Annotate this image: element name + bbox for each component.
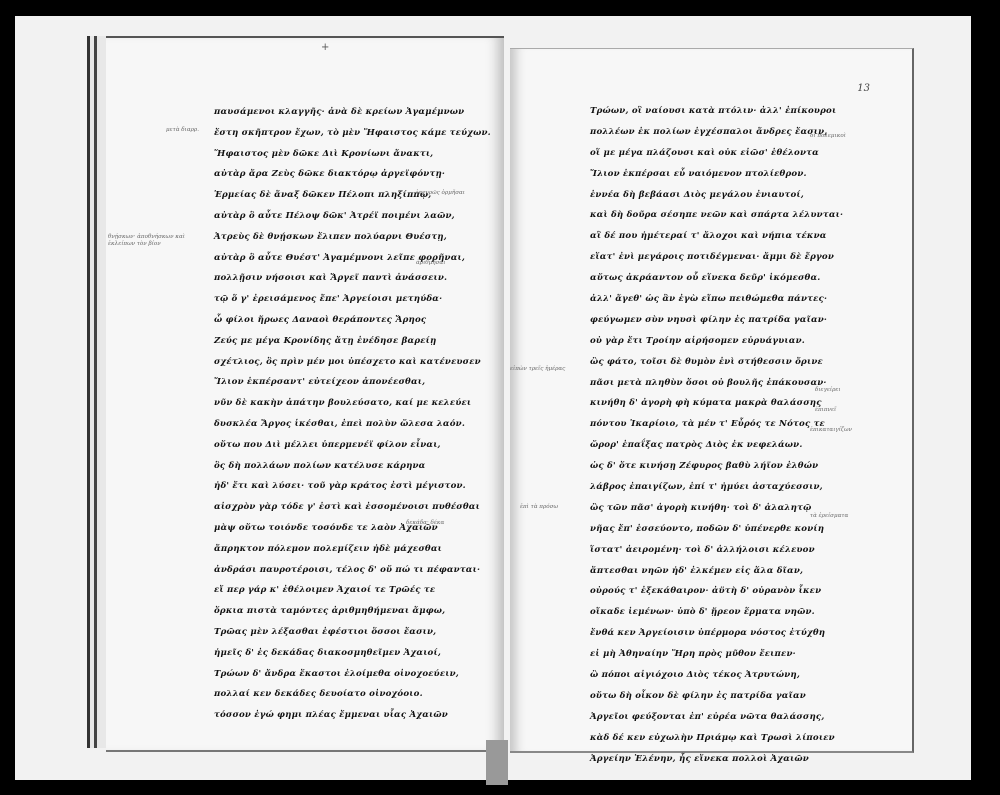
text-line: Ἀτρεὺς δὲ θνῄσκων ἔλιπεν πολύαρνι Θυέστῃ… <box>214 227 491 248</box>
text-line: Τρῶας μὲν λέξασθαι ἐφέστιοι ὅσσοι ἔασιν, <box>214 622 491 643</box>
text-line: ἵστατ' ἀειρομένη· τοὶ δ' ἀλλήλοισι κέλευ… <box>590 540 843 561</box>
top-mark: + <box>321 42 329 53</box>
text-line: μὰψ οὕτω τοιόνδε τοσόνδε τε λαὸν Ἀχαιῶν <box>214 518 491 539</box>
text-line: πολλέων ἐκ πολίων ἐγχέσπαλοι ἄνδρες ἔασι… <box>590 122 843 143</box>
text-line: Τρώων, οἳ ναίουσι κατὰ πτόλιν· ἀλλ' ἐπίκ… <box>590 101 843 122</box>
text-line: Ζεύς με μέγα Κρονίδης ἄτῃ ἐνέδησε βαρείῃ <box>214 331 491 352</box>
text-line: κὰδ δέ κεν εὐχωλὴν Πριάμῳ καὶ Τρωσὶ λίπο… <box>590 728 843 749</box>
left-page: + παυσάμενοι κλαγγῆς· ἀνὰ δὲ κρείων Ἀγαμ… <box>106 36 504 752</box>
text-line: αὔτως ἀκράαντον οὗ εἵνεκα δεῦρ' ἱκόμεσθα… <box>590 268 843 289</box>
text-line: αἰσχρὸν γὰρ τόδε γ' ἐστὶ καὶ ἐσσομένοισι… <box>214 497 491 518</box>
margin-note: δεκάδα· δέκα <box>406 520 444 527</box>
text-line: Ἀργεῖοι φεύξονται ἐπ' εὐρέα νῶτα θαλάσση… <box>590 707 843 728</box>
margin-note: ἰσχυρῶς ὁρμῆσαι <box>416 190 465 197</box>
text-line: Τρώων δ' ἄνδρα ἕκαστοι ἑλοίμεθα οἰνοχοεύ… <box>214 664 491 685</box>
text-line: τόσσον ἐγώ φημι πλέας ἔμμεναι υἷας Ἀχαιῶ… <box>214 705 491 726</box>
text-line: ἡμεῖς δ' ἐς δεκάδας διακοσμηθεῖμεν Ἀχαιο… <box>214 643 491 664</box>
text-line: κινήθη δ' ἀγορὴ φὴ κύματα μακρὰ θαλάσσης <box>590 393 843 414</box>
text-line: παυσάμενοι κλαγγῆς· ἀνὰ δὲ κρείων Ἀγαμέμ… <box>214 102 491 123</box>
text-line: οὕτω δὴ οἶκον δὲ φίλην ἐς πατρίδα γαῖαν <box>590 686 843 707</box>
text-line: φεύγωμεν σὺν νηυσὶ φίλην ἐς πατρίδα γαῖα… <box>590 310 843 331</box>
text-line: ὢ πόποι αἰγιόχοιο Διὸς τέκος Ἀτρυτώνη, <box>590 665 843 686</box>
text-line: εἵατ' ἐνὶ μεγάροις ποτιδέγμεναι· ἄμμι δὲ… <box>590 247 843 268</box>
text-line: πᾶσι μετὰ πληθὺν ὅσοι οὐ βουλῆς ἐπάκουσα… <box>590 373 843 394</box>
text-line: αὐτὰρ ὃ αὖτε Πέλοψ δῶκ' Ἀτρέϊ ποιμένι λα… <box>214 206 491 227</box>
text-line: εἰ μὴ Ἀθηναίην Ἥρη πρὸς μῦθον ἔειπεν· <box>590 644 843 665</box>
margin-note: ἐπικαταιγίζων <box>810 427 852 434</box>
text-line: σχέτλιος, ὃς πρὶν μέν μοι ὑπέσχετο καὶ κ… <box>214 352 491 373</box>
text-line: οὕτω που Διὶ μέλλει ὑπερμενέϊ φίλον εἶνα… <box>214 435 491 456</box>
text-line: ὅρκια πιστὰ ταμόντες ἀριθμηθήμεναι ἄμφω, <box>214 601 491 622</box>
text-line: νῆας ἔπ' ἐσσεύοντο, ποδῶν δ' ὑπένερθε κο… <box>590 519 843 540</box>
text-line: πολλαί κεν δεκάδες δευοίατο οἰνοχόοιο. <box>214 684 491 705</box>
margin-note: ἀριθμῆσαι <box>416 260 445 267</box>
text-line: αὐτὰρ ὃ αὖτε Θυέστ' Ἀγαμέμνονι λεῖπε φορ… <box>214 248 491 269</box>
text-line: ἅπτεσθαι νηῶν ἠδ' ἑλκέμεν εἰς ἅλα δῖαν, <box>590 561 843 582</box>
text-line: αἳ δέ που ἡμέτεραί τ' ἄλοχοι καὶ νήπια τ… <box>590 226 843 247</box>
right-page: 13 Τρώων, οἳ ναίουσι κατὰ πτόλιν· ἀλλ' ἐ… <box>510 48 914 753</box>
margin-note: μετὰ διαρρ. <box>166 127 199 134</box>
margin-note: τὰ ἐρείσματα <box>810 513 848 520</box>
text-line: ἀνδράσι παυροτέροισι, τέλος δ' οὔ πώ τι … <box>214 560 491 581</box>
text-line: οὐ γὰρ ἔτι Τροίην αἱρήσομεν εὐρυάγυιαν. <box>590 331 843 352</box>
text-line: ἐννέα δὴ βεβάασι Διὸς μεγάλου ἐνιαυτοί, <box>590 185 843 206</box>
text-line: πόντου Ἰκαρίοιο, τὰ μέν τ' Εὖρός τε Νότο… <box>590 414 843 435</box>
gutter-shadow <box>486 740 508 785</box>
text-line: Ἴλιον ἐκπέρσαντ' εὐτείχεον ἀπονέεσθαι, <box>214 372 491 393</box>
text-line: αὐτὰρ ἄρα Ζεὺς δῶκε διακτόρῳ ἀργεϊφόντῃ· <box>214 164 491 185</box>
text-line: ὣς τῶν πᾶσ' ἀγορὴ κινήθη· τοὶ δ' ἀλαλητῷ <box>590 498 843 519</box>
text-line: Ἀργείην Ἑλένην, ἧς εἵνεκα πολλοὶ Ἀχαιῶν <box>590 749 843 770</box>
text-line: δυσκλέα Ἄργος ἱκέσθαι, ἐπεὶ πολὺν ὤλεσα … <box>214 414 491 435</box>
text-line: ἔστη σκῆπτρον ἔχων, τὸ μὲν Ἥφαιστος κάμε… <box>214 123 491 144</box>
text-line: νῦν δὲ κακὴν ἀπάτην βουλεύσατο, καί με κ… <box>214 393 491 414</box>
text-line: ὡς δ' ὅτε κινήσῃ Ζέφυρος βαθὺ λήϊον ἐλθώ… <box>590 456 843 477</box>
text-line: οἴκαδε ἱεμένων· ὑπὸ δ' ᾕρεον ἕρματα νηῶν… <box>590 602 843 623</box>
text-line: εἴ περ γάρ κ' ἐθέλοιμεν Ἀχαιοί τε Τρῶές … <box>214 580 491 601</box>
text-line: τῷ ὅ γ' ἐρεισάμενος ἔπε' Ἀργείοισι μετηύ… <box>214 289 491 310</box>
text-line: Ἴλιον ἐκπέρσαι εὖ ναιόμενον πτολίεθρον. <box>590 164 843 185</box>
margin-note: διεγείρει <box>815 387 841 394</box>
margin-note: θνῄσκων· ἀποθνήσκων καὶ ἐκλείπων τὸν βίο… <box>108 234 198 248</box>
text-line: οἵ με μέγα πλάζουσι καὶ οὐκ εἰῶσ' ἐθέλον… <box>590 143 843 164</box>
text-line: ὣς φάτο, τοῖσι δὲ θυμὸν ἐνὶ στήθεσσιν ὄρ… <box>590 352 843 373</box>
text-line: ὤρορ' ἐπαΐξας πατρὸς Διὸς ἐκ νεφελάων. <box>590 435 843 456</box>
margin-note: εἰπὼν τρεῖς ἡμέρας <box>510 366 565 373</box>
text-line: πολλῇσιν νήσοισι καὶ Ἄργεϊ παντὶ ἀνάσσει… <box>214 268 491 289</box>
right-page-text: Τρώων, οἳ ναίουσι κατὰ πτόλιν· ἀλλ' ἐπίκ… <box>590 101 843 770</box>
text-line: ἀλλ' ἄγεθ' ὡς ἂν ἐγὼ εἴπω πειθώμεθα πάντ… <box>590 289 843 310</box>
folio-number: 13 <box>857 83 870 94</box>
text-line: Ἥφαιστος μὲν δῶκε Διὶ Κρονίωνι ἄνακτι, <box>214 144 491 165</box>
text-line: ἠδ' ἔτι καὶ λύσει· τοῦ γὰρ κράτος ἐστὶ μ… <box>214 476 491 497</box>
text-line: ὃς δὴ πολλάων πολίων κατέλυσε κάρηνα <box>214 456 491 477</box>
margin-note: ἐπιπνεῖ <box>815 407 836 414</box>
text-line: λάβρος ἐπαιγίζων, ἐπί τ' ἠμύει ἀσταχύεσσ… <box>590 477 843 498</box>
text-line: ἄπρηκτον πόλεμον πολεμίζειν ἠδὲ μάχεσθαι <box>214 539 491 560</box>
text-line: καὶ δὴ δοῦρα σέσηπε νεῶν καὶ σπάρτα λέλυ… <box>590 205 843 226</box>
text-line: ἔνθά κεν Ἀργείοισιν ὑπέρμορα νόστος ἐτύχ… <box>590 623 843 644</box>
text-line: ὦ φίλοι ἥρωες Δαναοὶ θεράποντες Ἄρηος <box>214 310 491 331</box>
margin-note: οἱ πολεμικοὶ <box>810 133 846 140</box>
text-line: οὐρούς τ' ἐξεκάθαιρον· ἀϋτὴ δ' οὐρανὸν ἷ… <box>590 581 843 602</box>
margin-note: ἐπὶ τὰ πρόσω <box>520 504 558 511</box>
